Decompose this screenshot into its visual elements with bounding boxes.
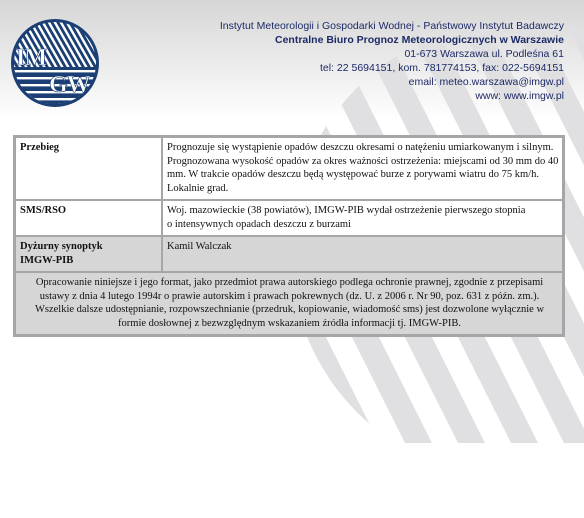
copyright-notice: Opracowanie niniejsze i jego format, jak… — [15, 272, 563, 335]
table-row: Dyżurny synoptyk IMGW-PIB Kamil Walczak — [15, 236, 563, 272]
label-line-2: IMGW-PIB — [20, 254, 158, 268]
warning-table: Przebieg Prognozuje się wystąpienie opad… — [13, 135, 565, 337]
row-value: Prognozuje się wystąpienie opadów deszcz… — [162, 137, 563, 200]
copyright-row: Opracowanie niniejsze i jego format, jak… — [15, 272, 563, 335]
imgw-logo: IM GW — [11, 19, 99, 107]
phone: tel: 22 5694151, kom. 781774153, fax: 02… — [220, 61, 564, 75]
sms-line-2: o intensywnych opadach deszczu z burzami — [167, 218, 559, 232]
row-label: Dyżurny synoptyk IMGW-PIB — [15, 236, 162, 272]
office-name: Centralne Biuro Prognoz Meteorologicznyc… — [220, 33, 564, 47]
row-label: SMS/RSO — [15, 200, 162, 236]
row-label: Przebieg — [15, 137, 162, 200]
sms-line-1: Woj. mazowieckie (38 powiatów), IMGW-PIB… — [167, 204, 559, 218]
email-link[interactable]: email: meteo.warszawa@imgw.pl — [220, 75, 564, 89]
contact-block: Instytut Meteorologii i Gospodarki Wodne… — [220, 19, 564, 103]
row-value: Kamil Walczak — [162, 236, 563, 272]
address: 01-673 Warszawa ul. Podleśna 61 — [220, 47, 564, 61]
institute-name: Instytut Meteorologii i Gospodarki Wodne… — [220, 19, 564, 33]
row-value: Woj. mazowieckie (38 powiatów), IMGW-PIB… — [162, 200, 563, 236]
logo-text-gw: GW — [49, 72, 91, 98]
logo-text-im: IM — [16, 45, 46, 71]
label-line-1: Dyżurny synoptyk — [20, 240, 158, 254]
copyright-paragraph-1: Opracowanie niniejsze i jego format, jak… — [20, 276, 559, 303]
table-row: Przebieg Prognozuje się wystąpienie opad… — [15, 137, 563, 200]
table-row: SMS/RSO Woj. mazowieckie (38 powiatów), … — [15, 200, 563, 236]
copyright-paragraph-2: Wszelkie dalsze udostępnianie, rozpowsze… — [20, 303, 559, 330]
website-link[interactable]: www: www.imgw.pl — [220, 89, 564, 103]
